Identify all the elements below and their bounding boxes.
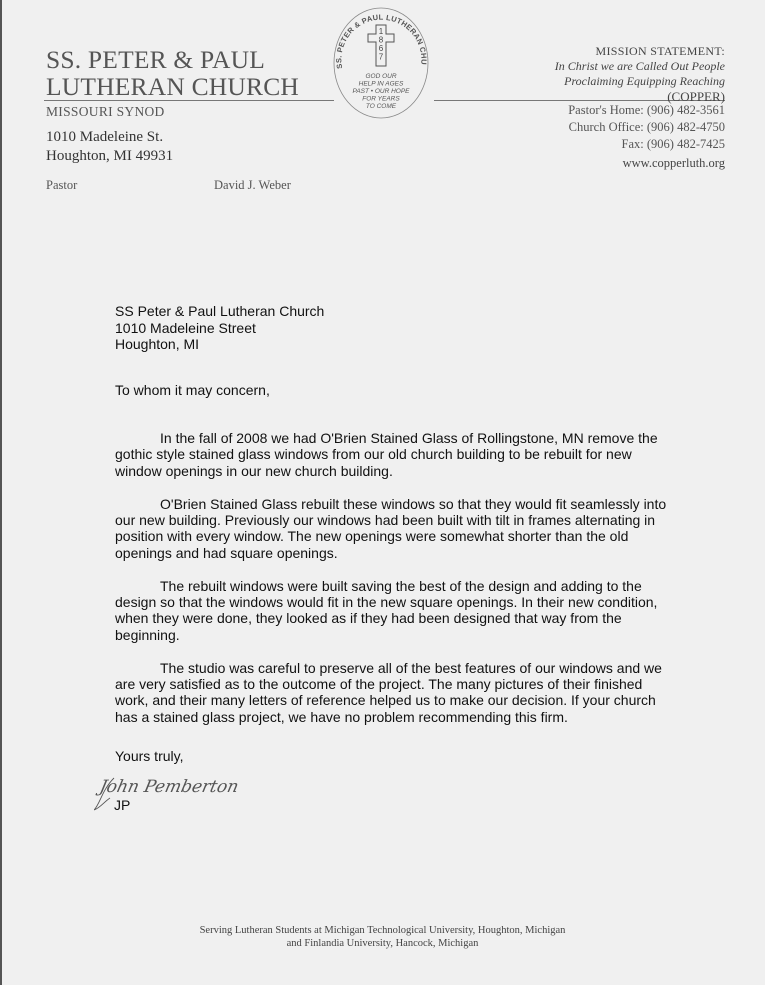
salutation: To whom it may concern, bbox=[115, 382, 270, 398]
footer: Serving Lutheran Students at Michigan Te… bbox=[0, 924, 765, 950]
contact-info: Pastor's Home: (906) 482-3561 Church Off… bbox=[568, 102, 725, 153]
scan-edge bbox=[0, 0, 2, 985]
footer-line1: Serving Lutheran Students at Michigan Te… bbox=[0, 924, 765, 937]
divider-left bbox=[44, 100, 334, 101]
svg-text:7: 7 bbox=[379, 53, 384, 62]
address-line1: 1010 Madeleine St. bbox=[46, 128, 173, 147]
paragraph: The studio was careful to preserve all o… bbox=[115, 660, 670, 726]
mission-heading: MISSION STATEMENT: bbox=[555, 44, 725, 59]
recipient-address: SS Peter & Paul Lutheran Church 1010 Mad… bbox=[115, 303, 324, 353]
recipient-line: SS Peter & Paul Lutheran Church bbox=[115, 303, 324, 320]
svg-text:John Pemberton: John Pemberton bbox=[95, 777, 240, 797]
paragraph: In the fall of 2008 we had O'Brien Stain… bbox=[115, 430, 670, 479]
footer-line2: and Finlandia University, Hancock, Michi… bbox=[0, 937, 765, 950]
initials: JP bbox=[114, 797, 130, 813]
paragraph: O'Brien Stained Glass rebuilt these wind… bbox=[115, 496, 670, 562]
mission-line2: Proclaiming Equipping Reaching bbox=[555, 74, 725, 89]
synod: MISSOURI SYNOD bbox=[46, 104, 165, 120]
church-office-phone: Church Office: (906) 482-4750 bbox=[568, 119, 725, 136]
svg-text:HELP IN AGES: HELP IN AGES bbox=[359, 81, 404, 88]
svg-text:PAST • OUR HOPE: PAST • OUR HOPE bbox=[352, 88, 410, 95]
pastor-home-phone: Pastor's Home: (906) 482-3561 bbox=[568, 102, 725, 119]
paragraph: The rebuilt windows were built saving th… bbox=[115, 578, 670, 644]
recipient-line: Houghton, MI bbox=[115, 336, 324, 353]
svg-text:TO COME: TO COME bbox=[366, 103, 397, 110]
pastor-name: David J. Weber bbox=[214, 178, 291, 193]
church-seal-icon: SS. PETER & PAUL LUTHERAN CHURCH 1867 GO… bbox=[331, 3, 431, 121]
website: www.copperluth.org bbox=[623, 156, 725, 171]
address-line2: Houghton, MI 49931 bbox=[46, 147, 173, 166]
letter-body: In the fall of 2008 we had O'Brien Stain… bbox=[115, 430, 670, 742]
svg-text:GOD OUR: GOD OUR bbox=[365, 73, 396, 80]
mission-statement: MISSION STATEMENT: In Christ we are Call… bbox=[555, 44, 725, 104]
church-address: 1010 Madeleine St. Houghton, MI 49931 bbox=[46, 128, 173, 166]
church-name: SS. PETER & PAULLUTHERAN CHURCH bbox=[46, 46, 299, 100]
closing: Yours truly, bbox=[115, 748, 183, 764]
church-name-line1: SS. PETER & PAUL bbox=[46, 46, 299, 73]
svg-text:FOR YEARS: FOR YEARS bbox=[362, 96, 400, 103]
fax-number: Fax: (906) 482-7425 bbox=[568, 136, 725, 153]
recipient-line: 1010 Madeleine Street bbox=[115, 320, 324, 337]
mission-line1: In Christ we are Called Out People bbox=[555, 59, 725, 74]
pastor-label: Pastor bbox=[46, 178, 77, 193]
church-name-line2: LUTHERAN CHURCH bbox=[46, 73, 299, 100]
